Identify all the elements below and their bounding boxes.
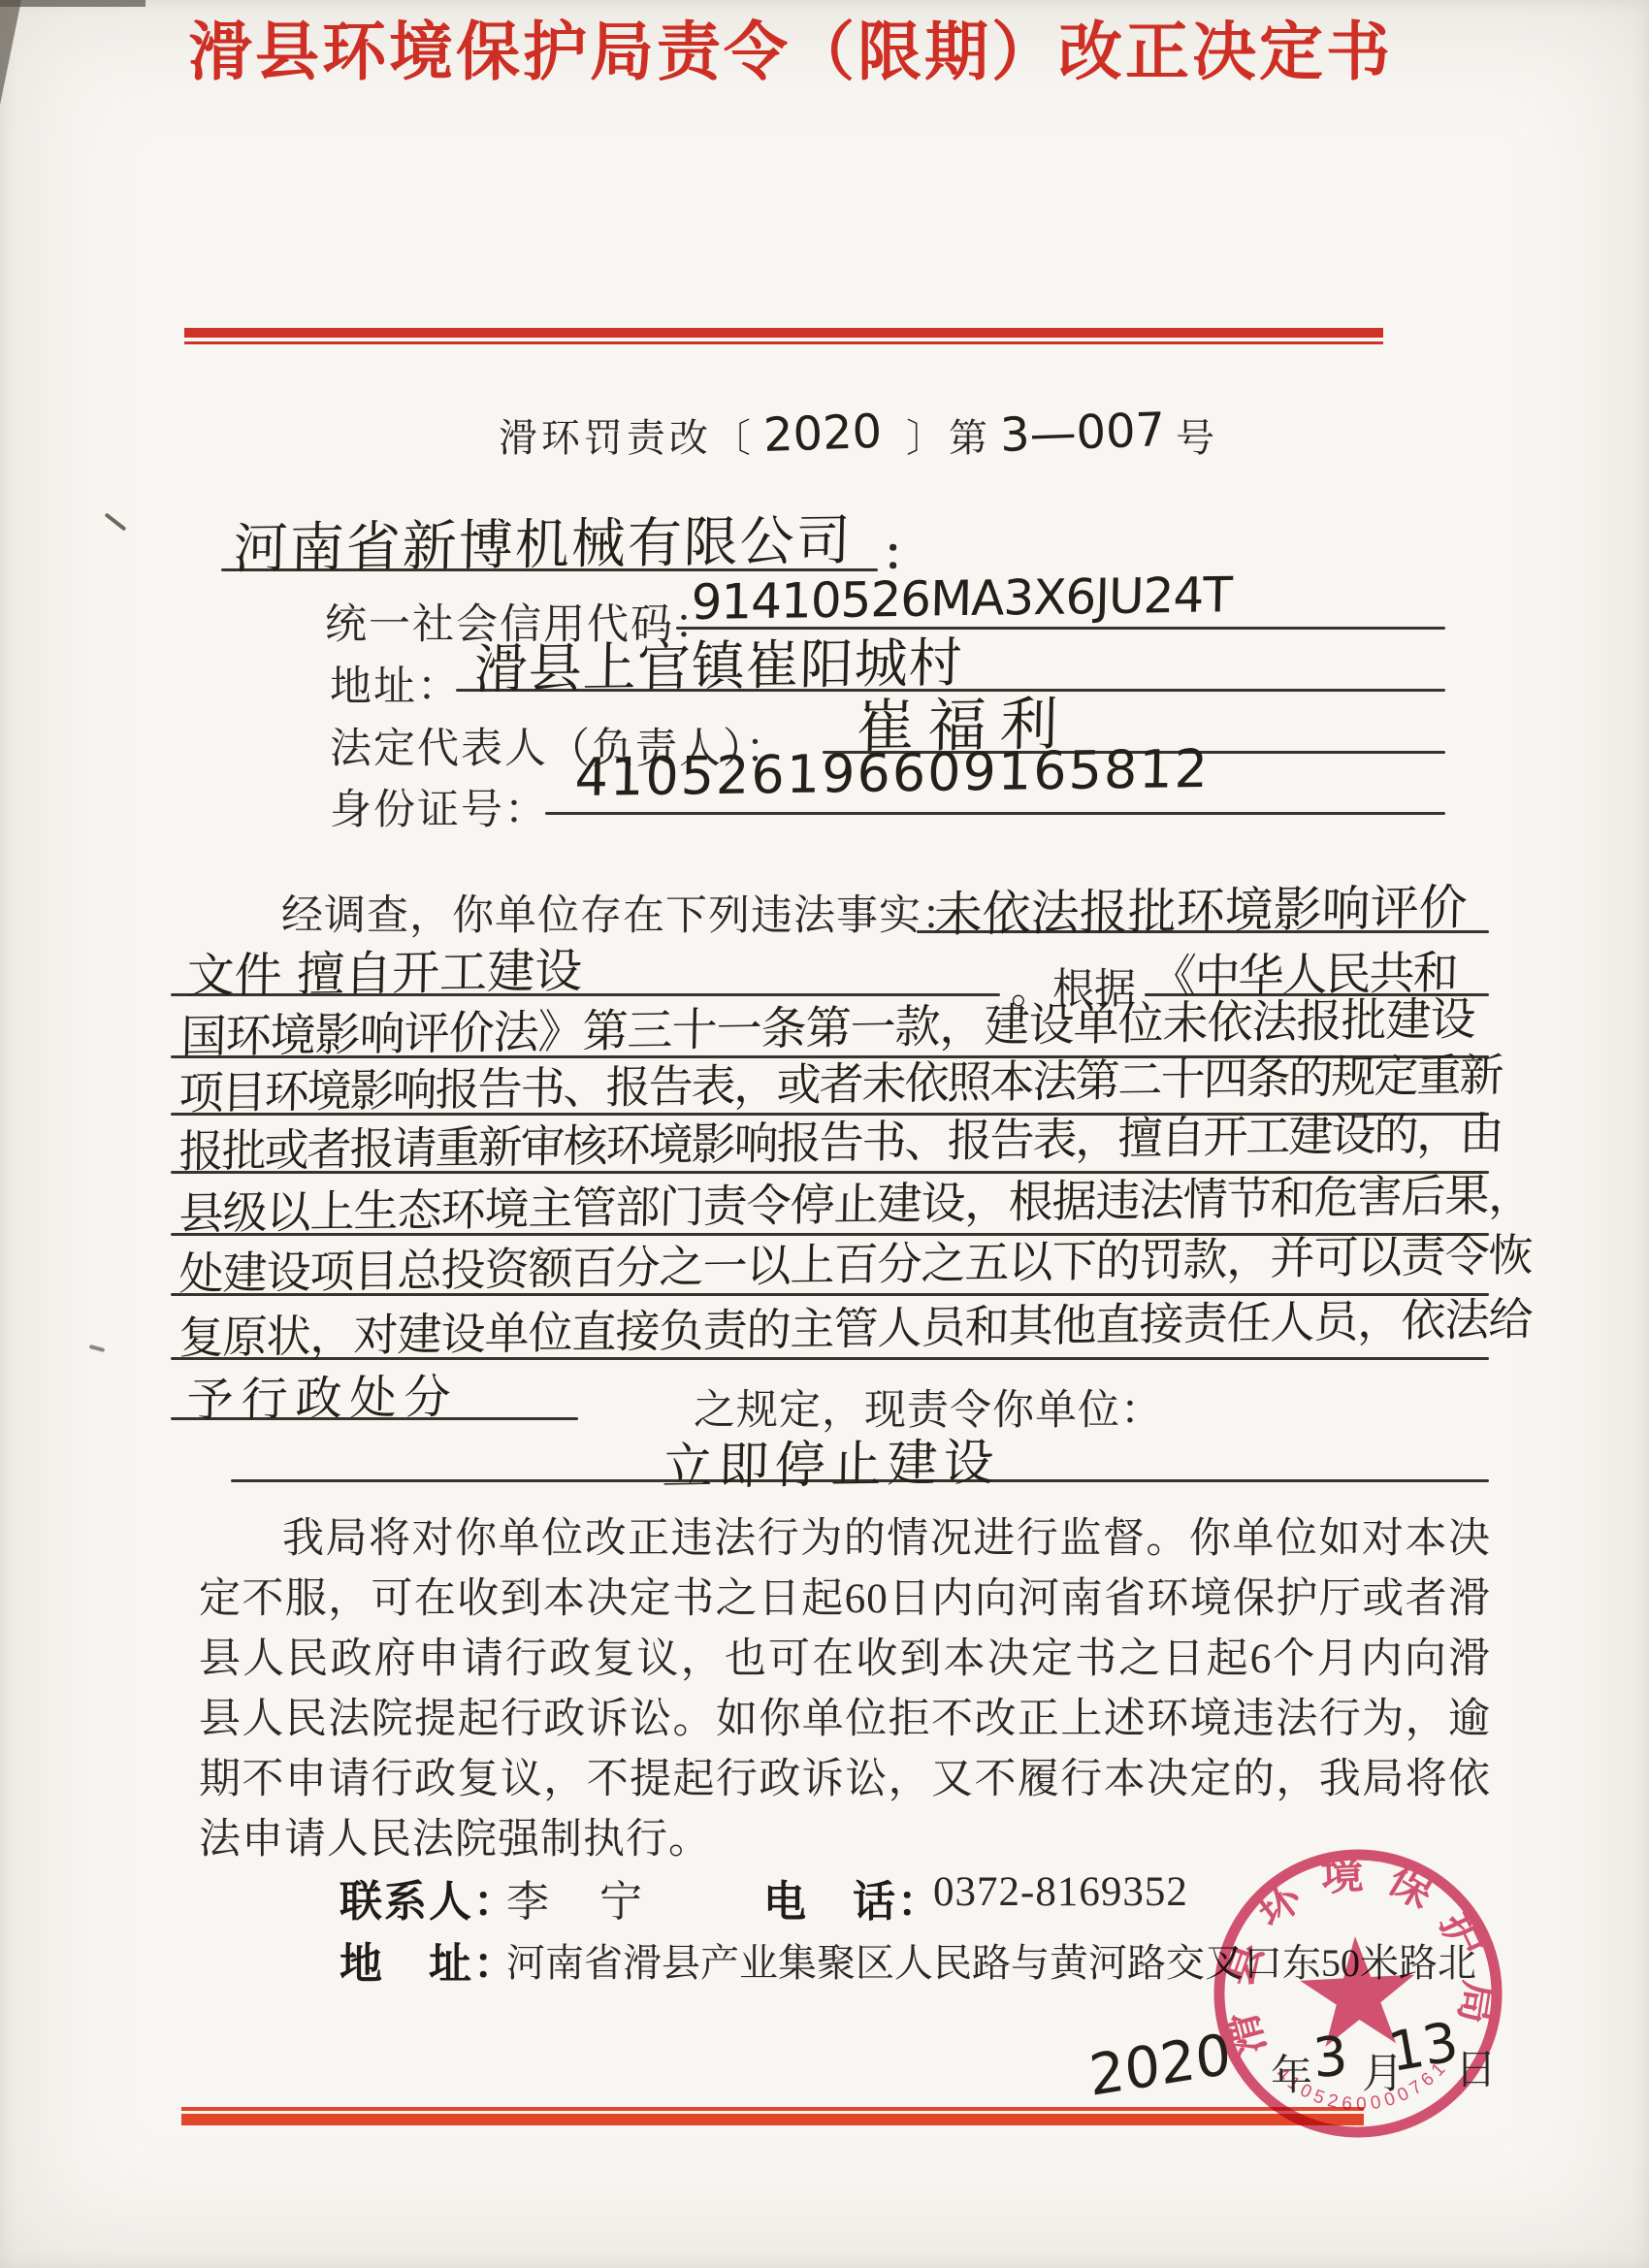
scanned-document-page: 滑县环境保护局责令（限期）改正决定书 滑环罚责改〔2020〕第3—007号 河南…: [0, 0, 1649, 2268]
document-title: 滑县环境保护局责令（限期）改正决定书: [0, 0, 1581, 92]
doc-no-prefix: 滑环罚责改〔: [499, 416, 755, 460]
contact-person-label: 联系人：: [339, 1866, 518, 1928]
order-handwritten: 立即停止建设: [662, 1421, 1001, 1499]
contact-person-name: 李 宁: [506, 1866, 646, 1928]
id-number-underline: [545, 812, 1445, 815]
footer-rule: [181, 2107, 1364, 2125]
date-year-unit: 年: [1271, 2043, 1312, 2102]
contact-address-label: 地 址：: [339, 1928, 518, 1991]
title-rule-thick: [184, 328, 1383, 338]
doc-no-suffix: 号: [1176, 416, 1218, 460]
doc-no-year-handwritten: 2020: [762, 405, 883, 463]
pen-margin-mark: [89, 1345, 105, 1352]
title-rule-thin: [184, 341, 1383, 344]
field-label-id-number: 身份证号：: [330, 777, 548, 836]
official-seal-stamp: 滑县环境保护局 4105260000761: [1195, 1831, 1521, 2156]
date-month-handwritten: 3: [1310, 2025, 1349, 2090]
id-number-handwritten: 410526196609165812: [574, 738, 1211, 808]
legal-line7-handwritten: 予行政处分: [186, 1359, 459, 1430]
contact-phone-number: 0372-8169352: [933, 1868, 1188, 1916]
violation-line1-handwritten: 未依法报批环境影响评价: [933, 868, 1468, 946]
company-name-handwritten: 河南省新博机械有限公司: [233, 498, 854, 584]
document-number: 滑环罚责改〔2020〕第3—007号: [68, 407, 1649, 463]
doc-no-mid: 〕第: [906, 416, 991, 460]
supervision-paragraph: 我局将对你单位改正违法行为的情况进行监督。你单位如对本决定不服，可在收到本决定书…: [199, 1509, 1491, 1870]
date-day-unit: 日: [1455, 2037, 1497, 2096]
field-label-address: 地址：: [330, 654, 461, 713]
doc-no-serial-handwritten: 3—007: [999, 403, 1166, 463]
pen-margin-mark: [105, 512, 127, 531]
findings-intro: 经调查，你单位存在下列违法事实：: [281, 883, 964, 942]
contact-phone-label: 电 话：: [763, 1866, 942, 1928]
date-day-handwritten: 13: [1384, 2011, 1463, 2085]
